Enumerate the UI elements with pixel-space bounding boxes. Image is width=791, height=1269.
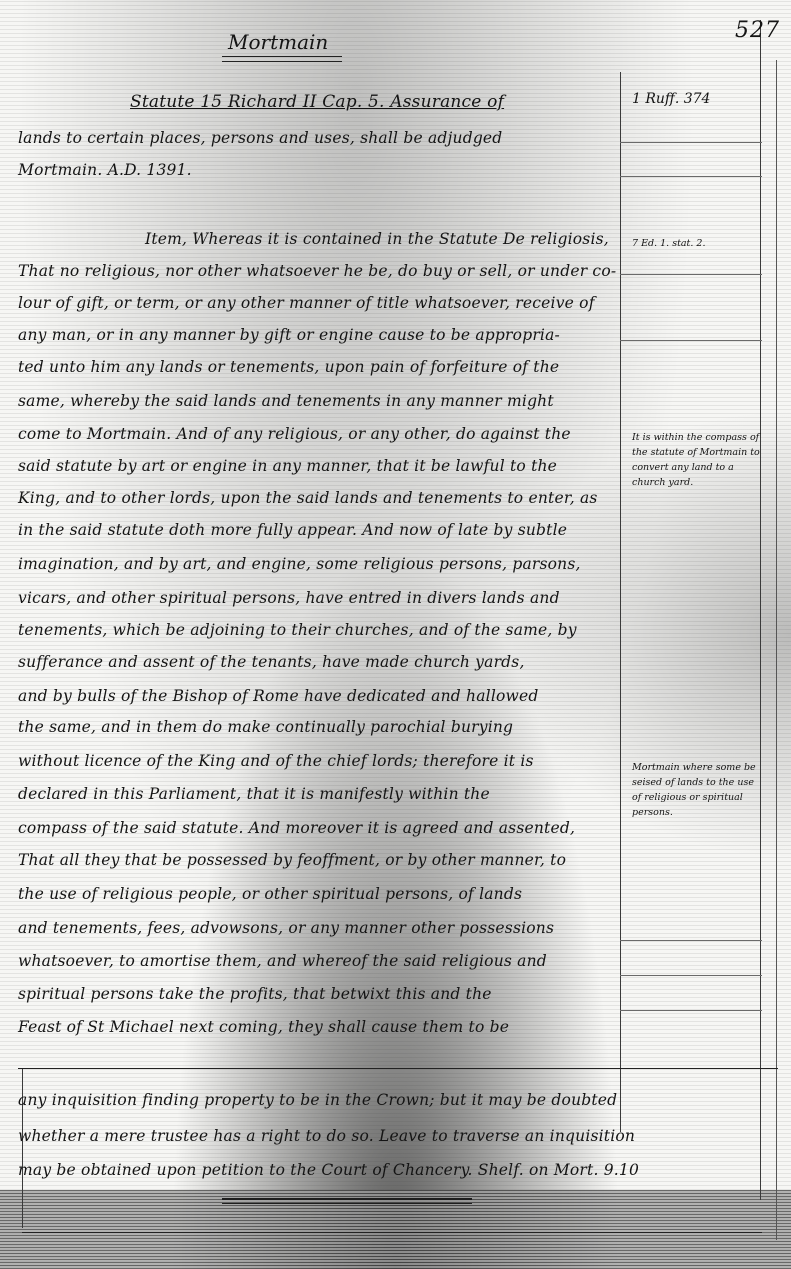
footnote-line: any inquisition finding property to be i… (18, 1090, 758, 1110)
body-line: and tenements, fees, advowsons, or any m… (18, 918, 618, 938)
body-line: ted unto him any lands or tenements, upo… (18, 357, 618, 377)
margin-rule-right (760, 20, 761, 1200)
body-line: King, and to other lords, upon the said … (18, 488, 618, 508)
margin-rule-2 (620, 176, 762, 177)
body-line: whatsoever, to amortise them, and whereo… (18, 951, 618, 971)
page-heading: Mortmain (228, 30, 328, 54)
body-line: without licence of the King and of the c… (18, 751, 618, 771)
body-line: That no religious, nor other whatsoever … (18, 261, 618, 281)
body-line: come to Mortmain. And of any religious, … (18, 424, 618, 444)
margin-rule-left (620, 72, 621, 1132)
margin-rule-3 (620, 274, 762, 275)
body-line: declared in this Parliament, that it is … (18, 784, 618, 804)
body-line: compass of the said statute. And moreove… (18, 818, 618, 838)
body-line: That all they that be possessed by feoff… (18, 850, 618, 870)
body-line: the use of religious people, or other sp… (18, 884, 618, 904)
margin-rule-5 (620, 940, 762, 941)
margin-note-reference: 1 Ruff. 374 (632, 92, 762, 107)
margin-rule-7 (620, 1010, 762, 1011)
body-line: Item, Whereas it is contained in the Sta… (145, 229, 615, 249)
body-line: spiritual persons take the profits, that… (18, 984, 618, 1004)
body-line: said statute by art or engine in any man… (18, 456, 618, 476)
body-line: lour of gift, or term, or any other mann… (18, 293, 618, 313)
body-line: the same, and in them do make continuall… (18, 717, 618, 737)
footnote-divider (18, 1068, 778, 1069)
margin-note-uses: Mortmain where some be seised of lands t… (632, 760, 762, 820)
page-number: 527 (735, 18, 780, 43)
body-line: and by bulls of the Bishop of Rome have … (18, 686, 618, 706)
body-line: tenements, which be adjoining to their c… (18, 620, 618, 640)
body-line: in the said statute doth more fully appe… (18, 520, 618, 540)
body-line: vicars, and other spiritual persons, hav… (18, 588, 618, 608)
body-line: sufferance and assent of the tenants, ha… (18, 652, 618, 672)
margin-note-churchyard: It is within the compass of the statute … (632, 430, 762, 490)
margin-rule-4 (620, 340, 762, 341)
body-line: same, whereby the said lands and tenemen… (18, 391, 618, 411)
title-line: lands to certain places, persons and use… (18, 128, 618, 148)
margin-rule-1 (620, 142, 762, 143)
margin-note-reference: 7 Ed. 1. stat. 2. (632, 236, 762, 251)
heading-underline (222, 56, 342, 62)
title-line: Mortmain. A.D. 1391. (18, 160, 618, 180)
footnote-bottom-rule (22, 1232, 762, 1233)
body-line: Feast of St Michael next coming, they sh… (18, 1017, 618, 1037)
footnote-line: whether a mere trustee has a right to do… (18, 1126, 758, 1146)
footnote-line: may be obtained upon petition to the Cou… (18, 1160, 758, 1180)
body-line: any man, or in any manner by gift or eng… (18, 325, 618, 345)
margin-rule-6 (620, 975, 762, 976)
closing-double-rule (222, 1198, 472, 1204)
body-line: imagination, and by art, and engine, som… (18, 554, 618, 574)
page-edge-rule (776, 60, 777, 1240)
